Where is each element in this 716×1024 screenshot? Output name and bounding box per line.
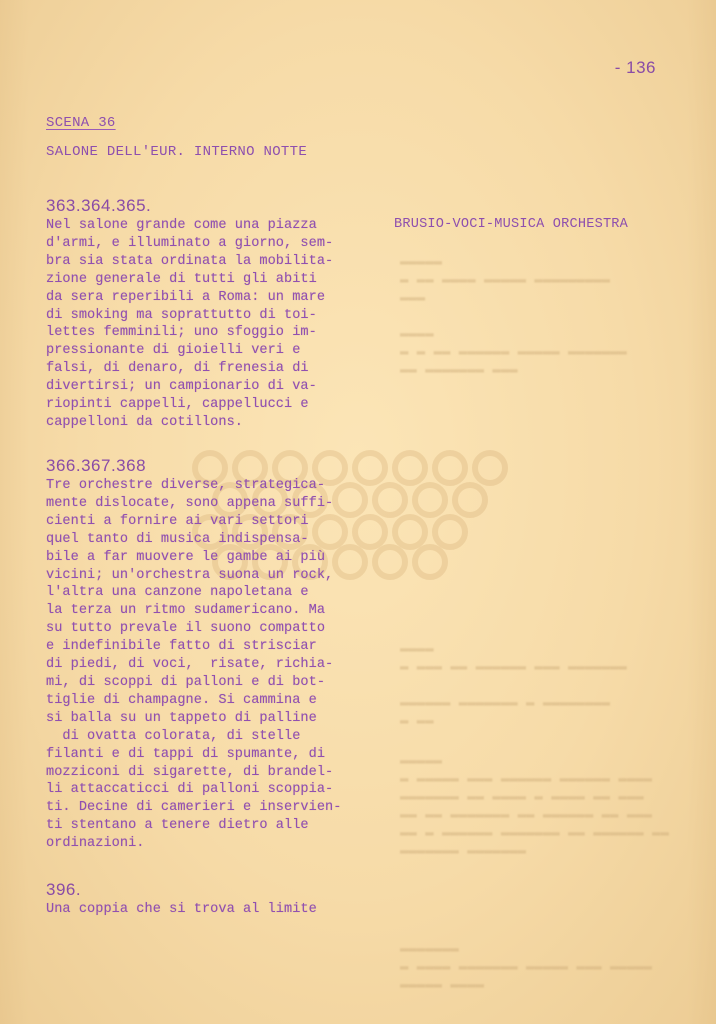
reverse-side-bleed: ▬▬▬▬▬ ▬ ▬▬▬▬▬ ▬▬▬ ▬▬▬▬▬▬ ▬▬▬▬▬▬ ▬▬▬▬ ▬▬▬… — [400, 752, 669, 860]
shot-description: Nel salone grande come una piazza d'armi… — [46, 217, 333, 432]
shot-description: Una coppia che si trova al limite — [46, 901, 317, 919]
shot-number: 363.364.365. — [46, 196, 151, 216]
shot-number: 396. — [46, 880, 81, 900]
scene-location: SALONE DELL'EUR. INTERNO NOTTE — [46, 144, 307, 160]
shot-description: Tre orchestre diverse, strategica- mente… — [46, 477, 341, 853]
shot-number: 366.367.368 — [46, 456, 146, 476]
scene-title: SCENA 36 — [46, 115, 116, 131]
reverse-side-bleed: ▬▬▬▬▬ ▬ ▬▬ ▬▬▬▬ ▬▬▬▬▬ ▬▬▬▬▬▬▬▬▬ ▬▬▬ ▬▬▬▬… — [400, 253, 627, 379]
reverse-side-bleed: ▬▬▬▬▬▬▬ ▬ ▬▬▬▬ ▬▬▬▬▬▬▬ ▬▬▬▬▬ ▬▬▬ ▬▬▬▬▬ ▬… — [400, 940, 652, 994]
reverse-side-bleed: ▬▬▬▬ ▬ ▬▬▬ ▬▬ ▬▬▬▬▬▬ ▬▬▬ ▬▬▬▬▬▬▬ ▬▬▬▬▬▬ … — [400, 640, 627, 730]
page-number: - 136 — [615, 58, 656, 78]
sound-cue: BRUSIO-VOCI-MUSICA ORCHESTRA — [394, 217, 628, 232]
